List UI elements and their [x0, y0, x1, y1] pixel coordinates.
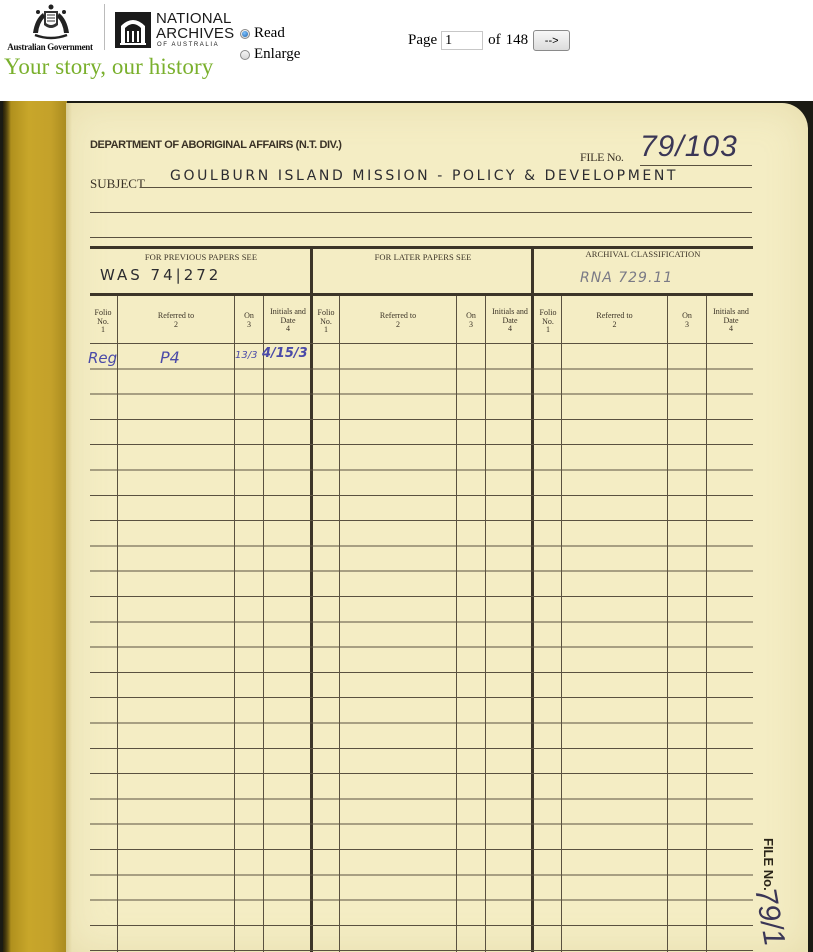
tagline: Your story, our history: [4, 54, 213, 80]
logo-divider: [104, 4, 105, 50]
previous-papers-value: WAS 74|272: [100, 266, 221, 284]
read-radio[interactable]: [240, 29, 250, 39]
later-papers-heading: FOR LATER PAPERS SEE: [314, 252, 532, 262]
col-folio-2: Folio No.1: [313, 309, 339, 335]
col-folio-3: Folio No.1: [535, 309, 561, 335]
col-initials-3: Initials and Date4: [707, 308, 755, 334]
next-page-button[interactable]: -->: [533, 30, 570, 51]
subject-line-2: [90, 212, 752, 213]
table-row-lines: [90, 343, 753, 952]
paper-edge: [66, 103, 72, 952]
enlarge-radio-label: Enlarge: [254, 46, 300, 63]
file-no-underline: [640, 165, 752, 166]
page-number-input[interactable]: [441, 31, 483, 50]
spine-file-number-label: FILE No.: [761, 838, 776, 891]
folder-spine: [3, 101, 67, 952]
subject-line-3: [90, 237, 752, 238]
page-label: Page: [408, 32, 437, 49]
gov-logo-text: Australian Government: [3, 42, 97, 52]
page-navigator: Page of 148 -->: [408, 30, 570, 51]
total-pages: 148: [506, 32, 529, 49]
coat-of-arms-icon: [29, 3, 73, 41]
entry-initials-date: 4/15/3: [262, 346, 308, 361]
archives-building-icon: [115, 12, 151, 48]
page-header: Australian Government NATIONAL ARCHIVES …: [0, 0, 813, 100]
col-referred-2: Referred to2: [340, 312, 456, 329]
naa-logo-line1: NATIONAL: [156, 11, 232, 26]
subject-line-1: [140, 187, 752, 188]
entry-on: 13/3: [235, 350, 257, 361]
archival-classification-value: RNA 729.11: [580, 270, 673, 286]
col-initials-2: Initials and Date4: [486, 308, 534, 334]
entry-folio: Reg: [88, 349, 117, 367]
previous-papers-heading: FOR PREVIOUS PAPERS SEE: [92, 252, 310, 262]
col-folio-1: Folio No.1: [88, 309, 118, 335]
col-on-2: On3: [457, 312, 485, 329]
naa-logo-line3: OF AUSTRALIA: [157, 42, 219, 48]
entry-referred-to: P4: [160, 348, 180, 367]
file-number-label: FILE No.: [580, 150, 624, 165]
of-label: of: [488, 32, 501, 49]
col-on-3: On3: [668, 312, 706, 329]
australian-government-logo[interactable]: Australian Government: [3, 3, 97, 53]
read-radio-option[interactable]: Read: [240, 23, 300, 44]
col-on-1: On3: [235, 312, 263, 329]
enlarge-radio-option[interactable]: Enlarge: [240, 44, 300, 65]
col-referred-3: Referred to2: [562, 312, 667, 329]
subject-value: GOULBURN ISLAND MISSION - POLICY & DEVEL…: [170, 168, 678, 184]
col-initials-1: Initials and Date4: [264, 308, 312, 334]
naa-logo-line2: ARCHIVES: [156, 26, 234, 41]
view-mode-radio-group: Read Enlarge: [240, 23, 300, 65]
file-number-value: 79/103: [640, 130, 738, 164]
archival-classification-heading: ARCHIVAL CLASSIFICATION: [534, 249, 752, 259]
spine-shadow: [3, 101, 11, 952]
national-archives-logo[interactable]: NATIONAL ARCHIVES OF AUSTRALIA: [115, 10, 233, 50]
read-radio-label: Read: [254, 25, 285, 42]
subject-label: SUBJECT: [90, 176, 145, 192]
column-header-top-rule: [90, 293, 753, 296]
enlarge-radio[interactable]: [240, 50, 250, 60]
col-referred-1: Referred to2: [118, 312, 234, 329]
department-heading: DEPARTMENT OF ABORIGINAL AFFAIRS (N.T. D…: [90, 139, 342, 151]
